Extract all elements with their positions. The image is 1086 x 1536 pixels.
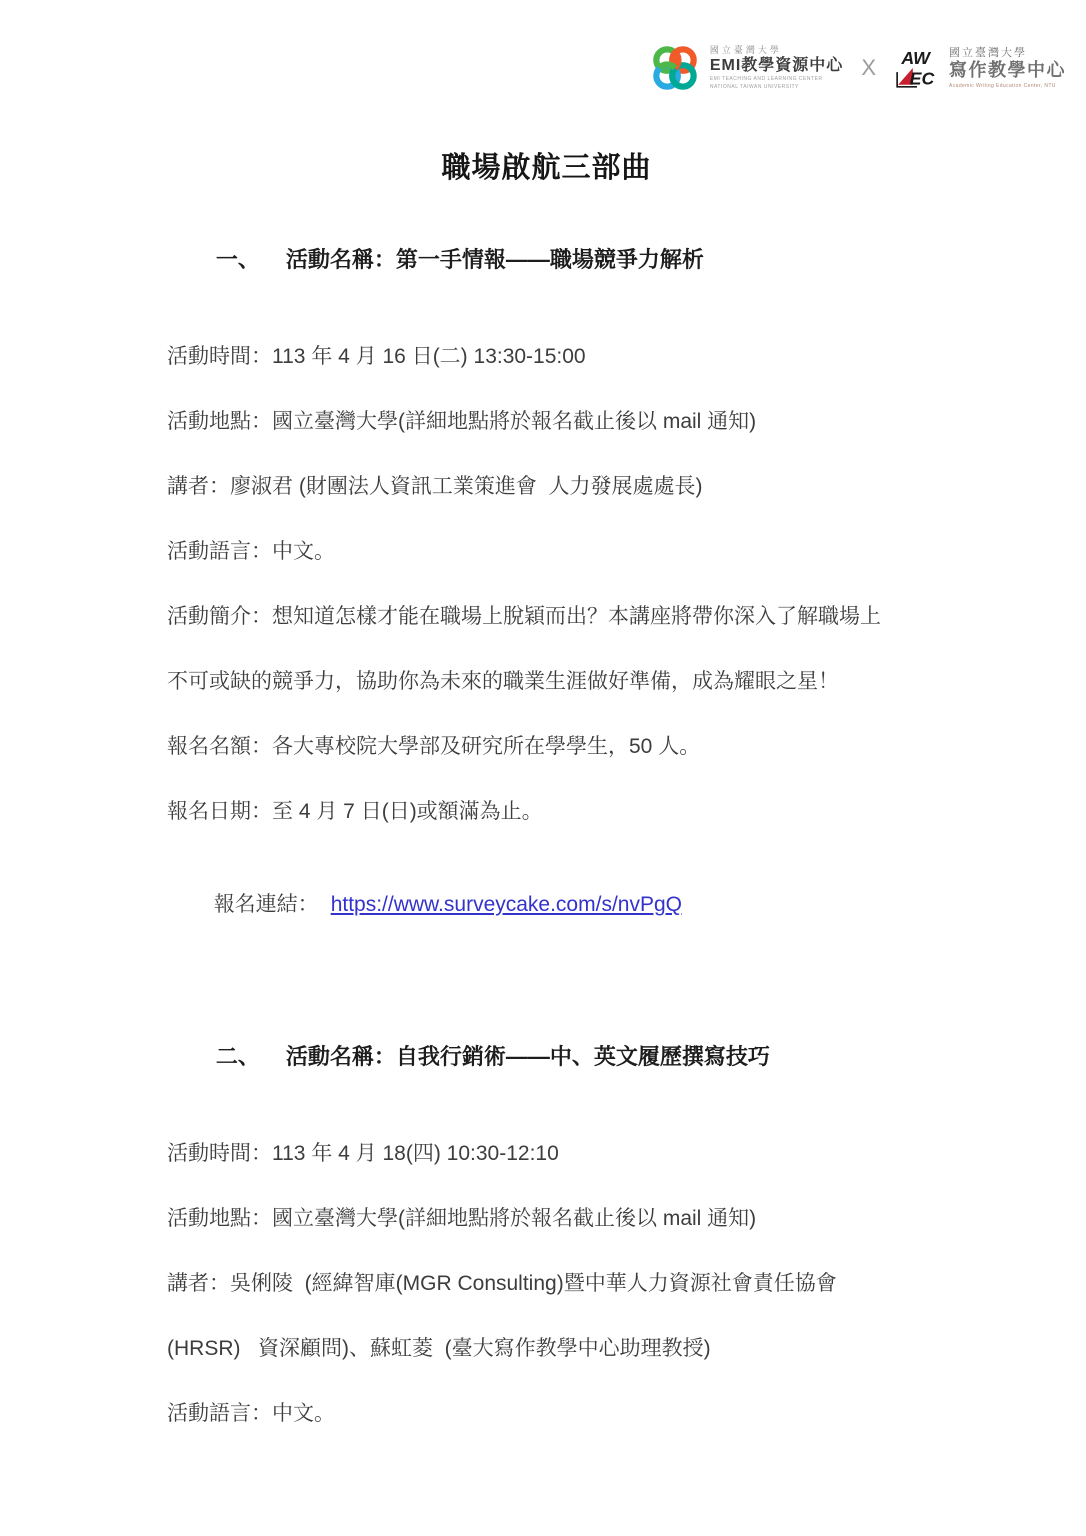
- section-2-heading: 二、活動名稱：自我行銷術——中、英文履歷撰寫技巧: [167, 1015, 926, 1099]
- awec-logo-text: 國立臺灣大學 寫作教學中心 Academic Writing Education…: [949, 47, 1066, 90]
- page-title: 職場啟航三部曲: [167, 148, 926, 188]
- awec-emblem-icon: AW EC: [894, 46, 940, 90]
- emi-logo-text: 國立臺灣大學 EMI教學資源中心 EMI TEACHING AND LEARNI…: [710, 45, 843, 91]
- awec-english-line: Academic Writing Education Center, NTU: [949, 83, 1066, 89]
- section-1: 一、活動名稱：第一手情報——職場競爭力解析 活動時間：113 年 4 月 16 …: [167, 218, 926, 947]
- awec-acronym-bottom: EC: [910, 69, 936, 89]
- emi-center-name: EMI教學資源中心: [710, 56, 843, 76]
- event-speaker-line: 講者：廖淑君 (財團法人資訊工業策進會 人力發展處處長): [167, 473, 926, 501]
- event-location-line: 活動地點：國立臺灣大學(詳細地點將於報名截止後以 mail 通知): [167, 1205, 926, 1233]
- event-quota-line: 報名名額：各大專校院大學部及研究所在學學生，50 人。: [167, 733, 926, 761]
- event-time-line: 活動時間：113 年 4 月 16 日(二) 13:30-15:00: [167, 343, 926, 371]
- event-deadline-line: 報名日期：至 4 月 7 日(日)或額滿為止。: [167, 798, 926, 826]
- emi-university-name: 國立臺灣大學: [710, 45, 843, 56]
- emi-english-line-2: NATIONAL TAIWAN UNIVERSITY: [710, 84, 843, 92]
- event-language-line: 活動語言：中文。: [167, 538, 926, 566]
- document-page: 國立臺灣大學 EMI教學資源中心 EMI TEACHING AND LEARNI…: [0, 0, 1086, 1428]
- emi-english-line-1: EMI TEACHING AND LEARNING CENTER: [710, 76, 843, 84]
- event-intro-line-1: 活動簡介：想知道怎樣才能在職場上脫穎而出？本講座將帶你深入了解職場上: [167, 603, 926, 631]
- section-2-heading-text: 活動名稱：自我行銷術——中、英文履歷撰寫技巧: [286, 1044, 770, 1069]
- awec-logo: AW EC 國立臺灣大學 寫作教學中心 Academic Writing Edu…: [894, 46, 1066, 90]
- section-1-number: 一、: [216, 247, 260, 272]
- event-intro-line-2: 不可或缺的競爭力，協助你為未來的職業生涯做好準備，成為耀眼之星！: [167, 668, 926, 696]
- document-content: 職場啟航三部曲 一、活動名稱：第一手情報——職場競爭力解析 活動時間：113 年…: [0, 0, 1086, 1428]
- awec-university-name: 國立臺灣大學: [949, 47, 1066, 60]
- event-speaker-line-2: (HRSR) 資深顧問)、蘇虹菱 (臺大寫作教學中心助理教授): [167, 1335, 926, 1363]
- section-1-heading: 一、活動名稱：第一手情報——職場競爭力解析: [167, 218, 926, 302]
- awec-acronym-top: AW: [900, 48, 932, 68]
- section-2: 二、活動名稱：自我行銷術——中、英文履歷撰寫技巧 活動時間：113 年 4 月 …: [167, 1015, 926, 1428]
- event-language-line: 活動語言：中文。: [167, 1400, 926, 1428]
- registration-link-label: 報名連結：: [214, 893, 319, 916]
- registration-link-line: 報名連結：https://www.surveycake.com/s/nvPgQ: [167, 863, 926, 947]
- event-location-line: 活動地點：國立臺灣大學(詳細地點將於報名截止後以 mail 通知): [167, 408, 926, 436]
- logo-separator-x: X: [859, 55, 878, 81]
- event-speaker-line-1: 講者：吳俐陵 (經緯智庫(MGR Consulting)暨中華人力資源社會責任協…: [167, 1270, 926, 1298]
- section-2-number: 二、: [216, 1044, 260, 1069]
- event-time-line: 活動時間：113 年 4 月 18(四) 10:30-12:10: [167, 1140, 926, 1168]
- emi-knot-icon: [649, 42, 701, 94]
- awec-center-name: 寫作教學中心: [949, 60, 1066, 82]
- registration-link[interactable]: https://www.surveycake.com/s/nvPgQ: [331, 893, 682, 916]
- header-logos: 國立臺灣大學 EMI教學資源中心 EMI TEACHING AND LEARNI…: [649, 42, 1066, 94]
- section-1-heading-text: 活動名稱：第一手情報——職場競爭力解析: [286, 247, 704, 272]
- emi-logo: 國立臺灣大學 EMI教學資源中心 EMI TEACHING AND LEARNI…: [649, 42, 843, 94]
